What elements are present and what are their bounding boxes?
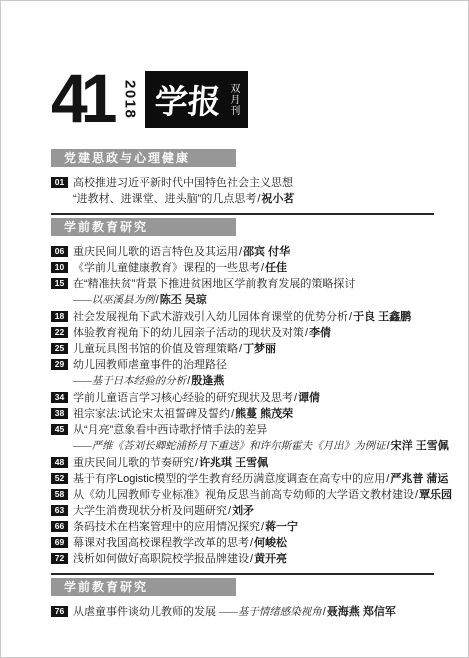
author-separator: / (349, 311, 352, 323)
page-number-badge: 22 (51, 327, 68, 338)
article-subtitle: ——基于情绪感染视角 (219, 607, 322, 618)
article-title: 条码技术在档案管理中的应用情况探究 (73, 521, 260, 533)
article-title: ——严维《荅刘长卿蛇浦桥月下重送》和许尔斯霍夫《月出》为例证 (73, 441, 386, 452)
author-names: 任佳 (265, 262, 287, 274)
toc-entry-line: “进教材、进课堂、进头脑”的几点思考/祝小茗 (51, 191, 434, 207)
author-separator: / (187, 375, 190, 387)
article-title: 幕课对我国高校课程教学改革的思考 (73, 537, 249, 549)
toc-entry-line: 15在“精准扶贫”背景下推进贫困地区学前教育发展的策略探讨 (51, 276, 434, 292)
page-number-badge: 66 (51, 521, 68, 532)
toc-entry-line: 52基于有序Logistic模型的学生教育经历满意度调查在高专中的应用/严兆普 … (51, 471, 434, 487)
author-separator: / (156, 294, 159, 306)
toc-entry-line: 45从“月亮”意象看中西诗歌抒情手法的差异 (51, 422, 434, 438)
author-names: 黄开亮 (254, 553, 287, 565)
article-title: 学前儿童语言学习核心经验的研究现状及思考 (73, 392, 293, 404)
toc-entry-line: 48重庆民间儿歌的节奏研究/许兆琪 王雪佩 (51, 455, 434, 471)
article-title: 社会发展视角下武术游戏引入幼儿园体育课堂的优势分析 (73, 311, 348, 323)
article-title: 重庆民间儿歌的语言特色及其运用 (73, 246, 238, 258)
journal-title-box: 学报 双月刊 (145, 71, 248, 128)
author-names: 祝小茗 (261, 193, 294, 205)
journal-toc-page: 41 2018 学报 双月刊 党建思政与心理健康01高校推进习近平新时代中国特色… (0, 0, 469, 658)
author-separator: / (250, 537, 253, 549)
author-names: 刘矛 (232, 505, 254, 517)
author-separator: / (261, 262, 264, 274)
article-title: ——基于日本经验的分析 (73, 376, 186, 387)
toc-entry-line: 25儿童玩具图书馆的价值及管理策略/丁梦丽 (51, 341, 434, 357)
author-names: 聂海燕 郑信军 (327, 606, 396, 618)
author-separator: / (415, 489, 418, 501)
section-item-list: 76从虐童事件谈幼儿教师的发展 ——基于情绪感染视角/聂海燕 郑信军 (51, 604, 434, 621)
page-number-badge: 69 (51, 537, 68, 548)
article-title: 从《幼儿园教师专业标准》视角反思当前高专幼师的大学语文教材建设 (73, 489, 414, 501)
toc-entry-line: 72浅析如何做好高职院校学报品牌建设/黄开亮 (51, 551, 434, 567)
page-number-badge: 34 (51, 392, 68, 403)
author-separator: / (195, 457, 198, 469)
page-number-badge: 72 (51, 553, 68, 564)
article-title: 重庆民间儿歌的节奏研究 (73, 457, 194, 469)
toc-entry-line: ——基于日本经验的分析/殷逢燕 (51, 373, 434, 390)
page-number-badge: 18 (51, 311, 68, 322)
author-separator: / (386, 473, 389, 485)
table-of-contents: 党建思政与心理健康01高校推进习近平新时代中国特色社会主义思想“进教材、进课堂、… (51, 149, 434, 627)
toc-entry-line: ——以巫溪县为例/陈丕 吴琼 (51, 292, 434, 309)
article-title: “进教材、进课堂、进头脑”的几点思考 (73, 193, 256, 205)
section-item-list: 06重庆民间儿歌的语言特色及其运用/邵宾 付华10《学前儿童健康教育》课程的一些… (51, 244, 434, 567)
author-names: 殷逢燕 (191, 375, 224, 387)
page-number-badge: 38 (51, 408, 68, 419)
article-title: 基于有序Logistic模型的学生教育经历满意度调查在高专中的应用 (73, 473, 385, 485)
section-divider-rule (51, 213, 434, 215)
author-separator: / (250, 553, 253, 565)
toc-entry-line: 69幕课对我国高校课程教学改革的思考/何峻松 (51, 535, 434, 551)
author-names: 何峻松 (254, 537, 287, 549)
masthead: 41 2018 学报 双月刊 (51, 71, 248, 128)
toc-entry-line: 58从《幼儿园教师专业标准》视角反思当前高专幼师的大学语文教材建设/覃乐园 (51, 487, 434, 503)
article-title: 高校推进习近平新时代中国特色社会主义思想 (73, 177, 293, 189)
author-separator: / (231, 408, 234, 420)
page-number-badge: 06 (51, 246, 68, 257)
author-separator: / (305, 327, 308, 339)
article-title: 从虐童事件谈幼儿教师的发展 (73, 606, 219, 618)
author-names: 宋洋 王雪佩 (391, 440, 449, 452)
author-names: 谭倩 (298, 392, 320, 404)
section-item-list: 01高校推进习近平新时代中国特色社会主义思想“进教材、进课堂、进头脑”的几点思考… (51, 175, 434, 207)
toc-entry-line: 63大学生消费现状分析及问题研究/刘矛 (51, 503, 434, 519)
page-number-badge: 45 (51, 424, 68, 435)
toc-entry-line: 76从虐童事件谈幼儿教师的发展 ——基于情绪感染视角/聂海燕 郑信军 (51, 604, 434, 621)
article-title: 幼儿园教师虐童事件的治理路径 (73, 359, 227, 371)
page-number-badge: 76 (51, 606, 68, 617)
article-title: 大学生消费现状分析及问题研究 (73, 505, 227, 517)
author-separator: / (387, 440, 390, 452)
page-number-badge: 01 (51, 177, 68, 188)
toc-entry-line: 38祖宗家法:试论宋太祖誓碑及誓约/熊蔓 熊茂荣 (51, 406, 434, 422)
article-title: 在“精准扶贫”背景下推进贫困地区学前教育发展的策略探讨 (73, 278, 355, 290)
author-names: 邵宾 付华 (243, 246, 290, 258)
issue-number: 41 (51, 71, 120, 130)
article-title: 祖宗家法:试论宋太祖誓碑及誓约 (73, 408, 230, 420)
toc-entry-line: 10《学前儿童健康教育》课程的一些思考/任佳 (51, 260, 434, 276)
author-separator: / (228, 505, 231, 517)
author-names: 李倩 (309, 327, 331, 339)
author-separator: / (294, 392, 297, 404)
toc-entry-line: 29幼儿园教师虐童事件的治理路径 (51, 357, 434, 373)
toc-entry-line: 18社会发展视角下武术游戏引入幼儿园体育课堂的优势分析/于良 王鑫鹏 (51, 309, 434, 325)
journal-frequency-label: 双月刊 (227, 83, 239, 116)
author-names: 于良 王鑫鹏 (353, 311, 411, 323)
article-title: 《学前儿童健康教育》课程的一些思考 (73, 262, 260, 274)
author-names: 覃乐园 (419, 489, 452, 501)
page-number-badge: 25 (51, 343, 68, 354)
author-names: 丁梦丽 (243, 343, 276, 355)
page-number-badge: 48 (51, 457, 68, 468)
page-number-badge: 29 (51, 359, 68, 370)
issue-year: 2018 (120, 71, 139, 128)
journal-title: 学报 (153, 76, 222, 123)
toc-entry-line: ——严维《荅刘长卿蛇浦桥月下重送》和许尔斯霍夫《月出》为例证/宋洋 王雪佩 (51, 438, 434, 455)
author-names: 蒋一宁 (265, 521, 298, 533)
article-title: 体验教育视角下的幼儿园亲子活动的现状及对策 (73, 327, 304, 339)
author-separator: / (261, 521, 264, 533)
toc-entry-line: 01高校推进习近平新时代中国特色社会主义思想 (51, 175, 434, 191)
author-names: 严兆普 蒲运 (390, 473, 448, 485)
section-header: 党建思政与心理健康 (51, 149, 236, 167)
issue-year-text: 2018 (121, 80, 138, 119)
page-number-badge: 15 (51, 278, 68, 289)
author-names: 陈丕 吴琼 (160, 294, 207, 306)
page-number-badge: 10 (51, 262, 68, 273)
section-header: 学前教育研究 (51, 218, 236, 236)
article-title: 从“月亮”意象看中西诗歌抒情手法的差异 (73, 424, 267, 436)
page-number-badge: 63 (51, 505, 68, 516)
toc-entry-line: 22体验教育视角下的幼儿园亲子活动的现状及对策/李倩 (51, 325, 434, 341)
article-title: 浅析如何做好高职院校学报品牌建设 (73, 553, 249, 565)
section-divider-rule (51, 573, 434, 575)
author-separator: / (323, 606, 326, 618)
toc-entry-line: 06重庆民间儿歌的语言特色及其运用/邵宾 付华 (51, 244, 434, 260)
article-title: 儿童玩具图书馆的价值及管理策略 (73, 343, 238, 355)
article-title: ——以巫溪县为例 (73, 295, 155, 306)
author-separator: / (257, 193, 260, 205)
author-names: 许兆琪 王雪佩 (199, 457, 268, 469)
author-separator: / (239, 246, 242, 258)
section-header: 学前教育研究 (51, 578, 236, 596)
page-number-badge: 58 (51, 489, 68, 500)
toc-entry-line: 66条码技术在档案管理中的应用情况探究/蒋一宁 (51, 519, 434, 535)
author-names: 熊蔓 熊茂荣 (235, 408, 293, 420)
author-separator: / (239, 343, 242, 355)
toc-entry-line: 34学前儿童语言学习核心经验的研究现状及思考/谭倩 (51, 390, 434, 406)
page-number-badge: 52 (51, 473, 68, 484)
